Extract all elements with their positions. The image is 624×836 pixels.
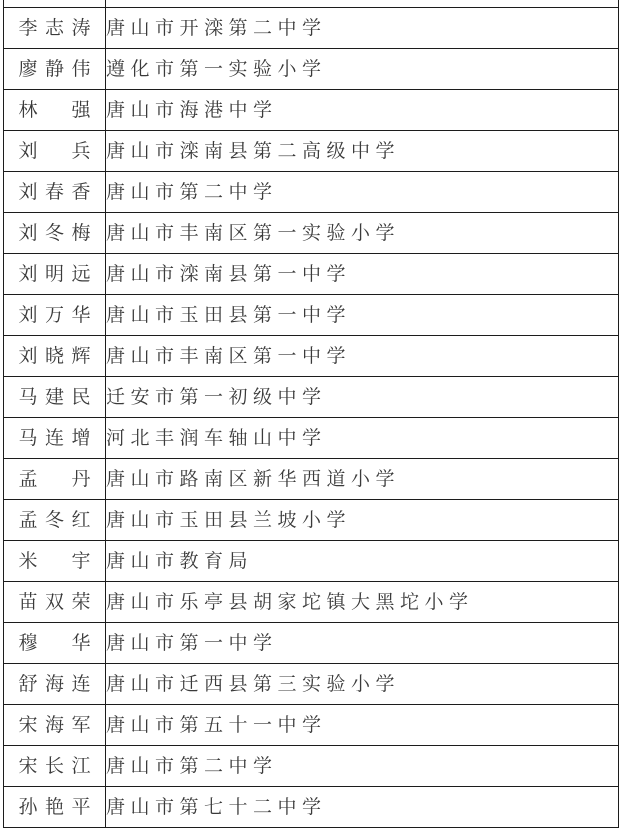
table-row: 马建民 迁安市第一初级中学 (4, 377, 619, 418)
school-name: 唐山市滦南县第一中学 (106, 264, 351, 285)
table-row: 刘万华 唐山市玉田县第一中学 (4, 295, 619, 336)
name-cell: 孟丹 (4, 459, 106, 500)
awardee-name: 苗双荣 (19, 593, 91, 612)
school-cell: 唐山市开滦第二中学 (106, 8, 619, 49)
name-cell: 刘兵 (4, 131, 106, 172)
awardee-name: 李志涛 (19, 19, 91, 38)
school-cell: 唐山市迁西县第三实验小学 (106, 664, 619, 705)
awardee-name: 孙艳平 (19, 798, 91, 817)
table-row: 刘春香 唐山市第二中学 (4, 172, 619, 213)
school-name: 唐山市玉田县兰坡小学 (106, 510, 351, 531)
school-cell: 唐山市第一中学 (106, 623, 619, 664)
school-name: 唐山市玉田县第一中学 (106, 305, 351, 326)
table-row: 宋海军 唐山市第五十一中学 (4, 705, 619, 746)
table-row: 苗双荣 唐山市乐亭县胡家坨镇大黑坨小学 (4, 582, 619, 623)
table-row: 刘冬梅 唐山市丰南区第一实验小学 (4, 213, 619, 254)
awardee-name: 刘万华 (19, 306, 91, 325)
name-cell: 苗双荣 (4, 582, 106, 623)
name-cell: 孙艳平 (4, 787, 106, 828)
school-name: 唐山市教育局 (106, 551, 253, 572)
document-page: 李志涛 唐山市开滦第二中学 廖静伟 遵化市第一实验小学 林强 唐山市海港中学 刘… (0, 0, 624, 836)
school-name: 唐山市开滦第二中学 (106, 18, 327, 39)
awardee-name: 孟冬红 (19, 511, 91, 530)
school-cell: 遵化市第一实验小学 (106, 49, 619, 90)
awardee-name: 刘冬梅 (19, 224, 91, 243)
table-row: 米宇 唐山市教育局 (4, 541, 619, 582)
table-row: 舒海连 唐山市迁西县第三实验小学 (4, 664, 619, 705)
school-name: 唐山市丰南区第一中学 (106, 346, 351, 367)
school-cell: 唐山市滦南县第一中学 (106, 254, 619, 295)
awardee-name: 廖静伟 (19, 60, 91, 79)
school-cell: 唐山市第五十一中学 (106, 705, 619, 746)
school-cell: 唐山市第二中学 (106, 172, 619, 213)
table-row: 刘明远 唐山市滦南县第一中学 (4, 254, 619, 295)
school-cell: 唐山市玉田县兰坡小学 (106, 500, 619, 541)
awardee-name: 马连增 (19, 429, 91, 448)
table-row: 马连增 河北丰润车轴山中学 (4, 418, 619, 459)
awardee-name: 马建民 (19, 388, 91, 407)
name-cell: 宋长江 (4, 746, 106, 787)
awardee-name: 米宇 (19, 552, 91, 571)
name-cell: 穆华 (4, 623, 106, 664)
name-cell: 刘明远 (4, 254, 106, 295)
awardee-name: 刘春香 (19, 183, 91, 202)
school-name: 唐山市路南区新华西道小学 (106, 469, 400, 490)
school-name: 河北丰润车轴山中学 (106, 428, 327, 449)
table-row: 刘晓辉 唐山市丰南区第一中学 (4, 336, 619, 377)
school-cell: 唐山市教育局 (106, 541, 619, 582)
table-row: 宋长江 唐山市第二中学 (4, 746, 619, 787)
name-cell: 舒海连 (4, 664, 106, 705)
school-name: 遵化市第一实验小学 (106, 59, 327, 80)
awardee-name: 刘明远 (19, 265, 91, 284)
awardee-name: 舒海连 (19, 675, 91, 694)
school-cell: 唐山市海港中学 (106, 90, 619, 131)
table-row: 孙艳平 唐山市第七十二中学 (4, 787, 619, 828)
awardee-name: 林强 (19, 101, 91, 120)
school-cell (106, 0, 619, 8)
name-cell: 刘冬梅 (4, 213, 106, 254)
school-name: 唐山市丰南区第一实验小学 (106, 223, 400, 244)
school-name: 唐山市第一中学 (106, 633, 278, 654)
table-row: 穆华 唐山市第一中学 (4, 623, 619, 664)
name-cell: 刘春香 (4, 172, 106, 213)
school-name: 唐山市滦南县第二高级中学 (106, 141, 400, 162)
awardee-name: 刘晓辉 (19, 347, 91, 366)
name-cell: 米宇 (4, 541, 106, 582)
table-row: 林强 唐山市海港中学 (4, 90, 619, 131)
table-body: 李志涛 唐山市开滦第二中学 廖静伟 遵化市第一实验小学 林强 唐山市海港中学 刘… (4, 0, 619, 828)
school-cell: 迁安市第一初级中学 (106, 377, 619, 418)
name-cell: 马建民 (4, 377, 106, 418)
school-name: 唐山市第二中学 (106, 182, 278, 203)
school-cell: 唐山市丰南区第一中学 (106, 336, 619, 377)
table-row: 孟丹 唐山市路南区新华西道小学 (4, 459, 619, 500)
awardee-name: 孟丹 (19, 470, 91, 489)
table-row: 李志涛 唐山市开滦第二中学 (4, 8, 619, 49)
school-name: 唐山市第二中学 (106, 756, 278, 777)
name-cell: 宋海军 (4, 705, 106, 746)
school-name: 迁安市第一初级中学 (106, 387, 327, 408)
school-name: 唐山市海港中学 (106, 100, 278, 121)
school-name: 唐山市迁西县第三实验小学 (106, 674, 400, 695)
school-name: 唐山市第五十一中学 (106, 715, 327, 736)
table-row: 刘兵 唐山市滦南县第二高级中学 (4, 131, 619, 172)
school-cell: 唐山市滦南县第二高级中学 (106, 131, 619, 172)
name-cell: 孟冬红 (4, 500, 106, 541)
name-cell: 廖静伟 (4, 49, 106, 90)
school-cell: 河北丰润车轴山中学 (106, 418, 619, 459)
table-row: 孟冬红 唐山市玉田县兰坡小学 (4, 500, 619, 541)
school-cell: 唐山市丰南区第一实验小学 (106, 213, 619, 254)
table-row: 廖静伟 遵化市第一实验小学 (4, 49, 619, 90)
name-cell: 刘万华 (4, 295, 106, 336)
awardee-name: 刘兵 (19, 142, 91, 161)
name-cell: 马连增 (4, 418, 106, 459)
partial-table-row (4, 0, 619, 8)
awardees-table: 李志涛 唐山市开滦第二中学 廖静伟 遵化市第一实验小学 林强 唐山市海港中学 刘… (3, 0, 619, 828)
awardee-name: 宋长江 (19, 757, 91, 776)
school-cell: 唐山市第七十二中学 (106, 787, 619, 828)
name-cell (4, 0, 106, 8)
school-name: 唐山市第七十二中学 (106, 797, 327, 818)
school-cell: 唐山市玉田县第一中学 (106, 295, 619, 336)
awardee-name: 宋海军 (19, 716, 91, 735)
school-cell: 唐山市第二中学 (106, 746, 619, 787)
awardee-name: 穆华 (19, 634, 91, 653)
school-cell: 唐山市乐亭县胡家坨镇大黑坨小学 (106, 582, 619, 623)
school-name: 唐山市乐亭县胡家坨镇大黑坨小学 (106, 592, 474, 613)
name-cell: 刘晓辉 (4, 336, 106, 377)
name-cell: 林强 (4, 90, 106, 131)
name-cell: 李志涛 (4, 8, 106, 49)
school-cell: 唐山市路南区新华西道小学 (106, 459, 619, 500)
